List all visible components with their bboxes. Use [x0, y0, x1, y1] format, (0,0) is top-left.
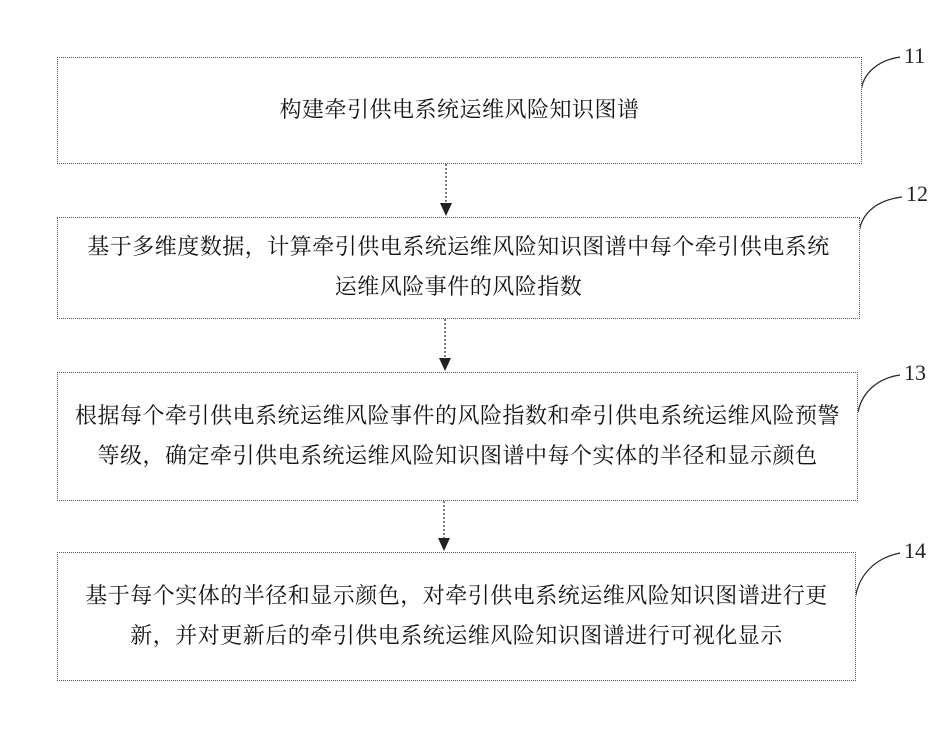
- step-box-13: 根据每个牵引供电系统运维风险事件的风险指数和牵引供电系统运维风险预警等级，确定牵…: [57, 372, 858, 501]
- step-box-11: 构建牵引供电系统运维风险知识图谱: [57, 57, 862, 164]
- leader-line-13: [858, 375, 900, 412]
- step-label-14: 14: [904, 540, 926, 562]
- step-box-12: 基于多维度数据，计算牵引供电系统运维风险知识图谱中每个牵引供电系统运维风险事件的…: [57, 217, 860, 319]
- step-label-12: 12: [906, 183, 928, 205]
- leader-line-12: [859, 197, 902, 232]
- step-text-11: 构建牵引供电系统运维风险知识图谱: [64, 91, 855, 131]
- step-text-12: 基于多维度数据，计算牵引供电系统运维风险知识图谱中每个牵引供电系统运维风险事件的…: [64, 228, 853, 308]
- step-text-13: 根据每个牵引供电系统运维风险事件的风险指数和牵引供电系统运维风险预警等级，确定牵…: [64, 397, 851, 477]
- leader-line-14: [855, 553, 900, 600]
- step-label-13: 13: [904, 362, 926, 384]
- arrow-11-to-12: [440, 164, 452, 216]
- step-box-14: 基于每个实体的半径和显示颜色，对牵引供电系统运维风险知识图谱进行更新，并对更新后…: [57, 552, 856, 681]
- step-label-11: 11: [904, 45, 925, 67]
- arrow-12-to-13: [439, 319, 451, 371]
- leader-line-11: [861, 57, 900, 93]
- step-text-14: 基于每个实体的半径和显示颜色，对牵引供电系统运维风险知识图谱进行更新，并对更新后…: [64, 577, 849, 657]
- arrow-13-to-14: [438, 501, 450, 551]
